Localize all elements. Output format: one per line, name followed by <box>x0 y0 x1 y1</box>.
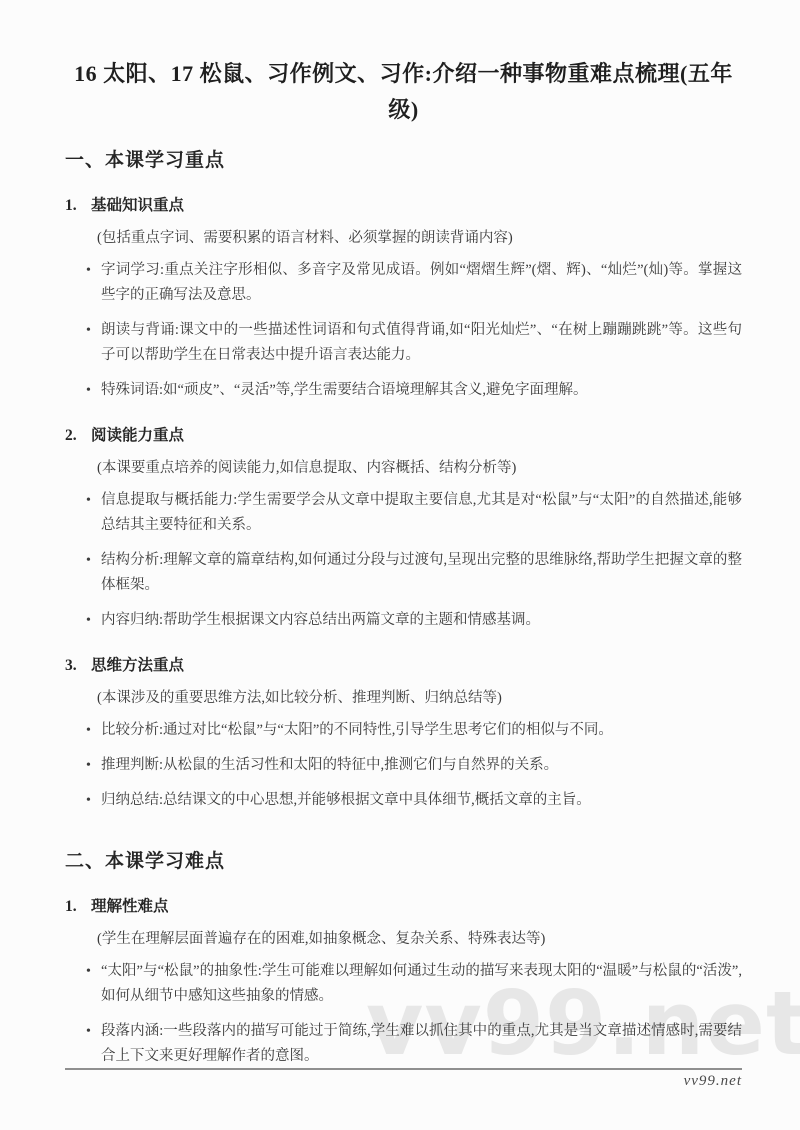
bullet-list: “太阳”与“松鼠”的抽象性:学生可能难以理解如何通过生动的描写来表现太阳的“温暖… <box>65 959 742 1069</box>
subsection-title: 思维方法重点 <box>91 657 184 674</box>
bullet-item: 段落内涵:一些段落内的描写可能过于简练,学生难以抓住其中的重点,尤其是当文章描述… <box>86 1019 742 1069</box>
bullet-item: 归纳总结:总结课文的中心思想,并能够根据文章中具体细节,概括文章的主旨。 <box>86 788 742 813</box>
subsection-number: 1. <box>65 896 91 917</box>
bullet-item: 比较分析:通过对比“松鼠”与“太阳”的不同特性,引导学生思考它们的相似与不同。 <box>86 718 742 743</box>
subsection-heading: 3.思维方法重点 <box>65 655 742 676</box>
subsection-number: 2. <box>65 425 91 446</box>
subsection-comprehension-difficulty: 1.理解性难点 (学生在理解层面普遍存在的困难,如抽象概念、复杂关系、特殊表达等… <box>65 896 742 1069</box>
subsection-note: (本课要重点培养的阅读能力,如信息提取、内容概括、结构分析等) <box>97 458 742 478</box>
document-page: { "page": { "title": "16 太阳、17 松鼠、习作例文、习… <box>0 0 800 1130</box>
subsection-number: 3. <box>65 655 91 676</box>
subsection-note: (包括重点字词、需要积累的语言材料、必须掌握的朗读背诵内容) <box>97 228 742 248</box>
subsection-title: 理解性难点 <box>91 898 169 915</box>
bullet-item: 信息提取与概括能力:学生需要学会从文章中提取主要信息,尤其是对“松鼠”与“太阳”… <box>86 488 742 538</box>
subsection-note: (学生在理解层面普遍存在的困难,如抽象概念、复杂关系、特殊表达等) <box>97 929 742 949</box>
bullet-item: 推理判断:从松鼠的生活习性和太阳的特征中,推测它们与自然界的关系。 <box>86 753 742 778</box>
section-heading-2: 二、本课学习难点 <box>65 849 742 874</box>
page-footer: vv99.net <box>65 1068 742 1090</box>
subsection-number: 1. <box>65 195 91 216</box>
subsection-heading: 2.阅读能力重点 <box>65 425 742 446</box>
footer-site-link[interactable]: vv99.net <box>65 1070 742 1090</box>
page-title: 16 太阳、17 松鼠、习作例文、习作:介绍一种事物重难点梳理(五年级) <box>65 56 742 128</box>
bullet-item: 特殊词语:如“顽皮”、“灵活”等,学生需要结合语境理解其含义,避免字面理解。 <box>86 378 742 403</box>
subsection-title: 基础知识重点 <box>91 197 184 214</box>
bullet-item: 朗读与背诵:课文中的一些描述性词语和句式值得背诵,如“阳光灿烂”、“在树上蹦蹦跳… <box>86 318 742 368</box>
bullet-item: 字词学习:重点关注字形相似、多音字及常见成语。例如“熠熠生辉”(熠、辉)、“灿烂… <box>86 258 742 308</box>
subsection-heading: 1.理解性难点 <box>65 896 742 917</box>
subsection-title: 阅读能力重点 <box>91 427 184 444</box>
document-body: 16 太阳、17 松鼠、习作例文、习作:介绍一种事物重难点梳理(五年级) 一、本… <box>0 0 800 1069</box>
subsection-heading: 1.基础知识重点 <box>65 195 742 216</box>
bullet-list: 比较分析:通过对比“松鼠”与“太阳”的不同特性,引导学生思考它们的相似与不同。 … <box>65 718 742 813</box>
subsection-note: (本课涉及的重要思维方法,如比较分析、推理判断、归纳总结等) <box>97 688 742 708</box>
bullet-list: 信息提取与概括能力:学生需要学会从文章中提取主要信息,尤其是对“松鼠”与“太阳”… <box>65 488 742 633</box>
bullet-list: 字词学习:重点关注字形相似、多音字及常见成语。例如“熠熠生辉”(熠、辉)、“灿烂… <box>65 258 742 403</box>
bullet-item: 结构分析:理解文章的篇章结构,如何通过分段与过渡句,呈现出完整的思维脉络,帮助学… <box>86 548 742 598</box>
subsection-thinking-method: 3.思维方法重点 (本课涉及的重要思维方法,如比较分析、推理判断、归纳总结等) … <box>65 655 742 813</box>
subsection-reading-ability: 2.阅读能力重点 (本课要重点培养的阅读能力,如信息提取、内容概括、结构分析等)… <box>65 425 742 633</box>
subsection-basic-knowledge: 1.基础知识重点 (包括重点字词、需要积累的语言材料、必须掌握的朗读背诵内容) … <box>65 195 742 403</box>
bullet-item: 内容归纳:帮助学生根据课文内容总结出两篇文章的主题和情感基调。 <box>86 608 742 633</box>
bullet-item: “太阳”与“松鼠”的抽象性:学生可能难以理解如何通过生动的描写来表现太阳的“温暖… <box>86 959 742 1009</box>
section-heading-1: 一、本课学习重点 <box>65 148 742 173</box>
